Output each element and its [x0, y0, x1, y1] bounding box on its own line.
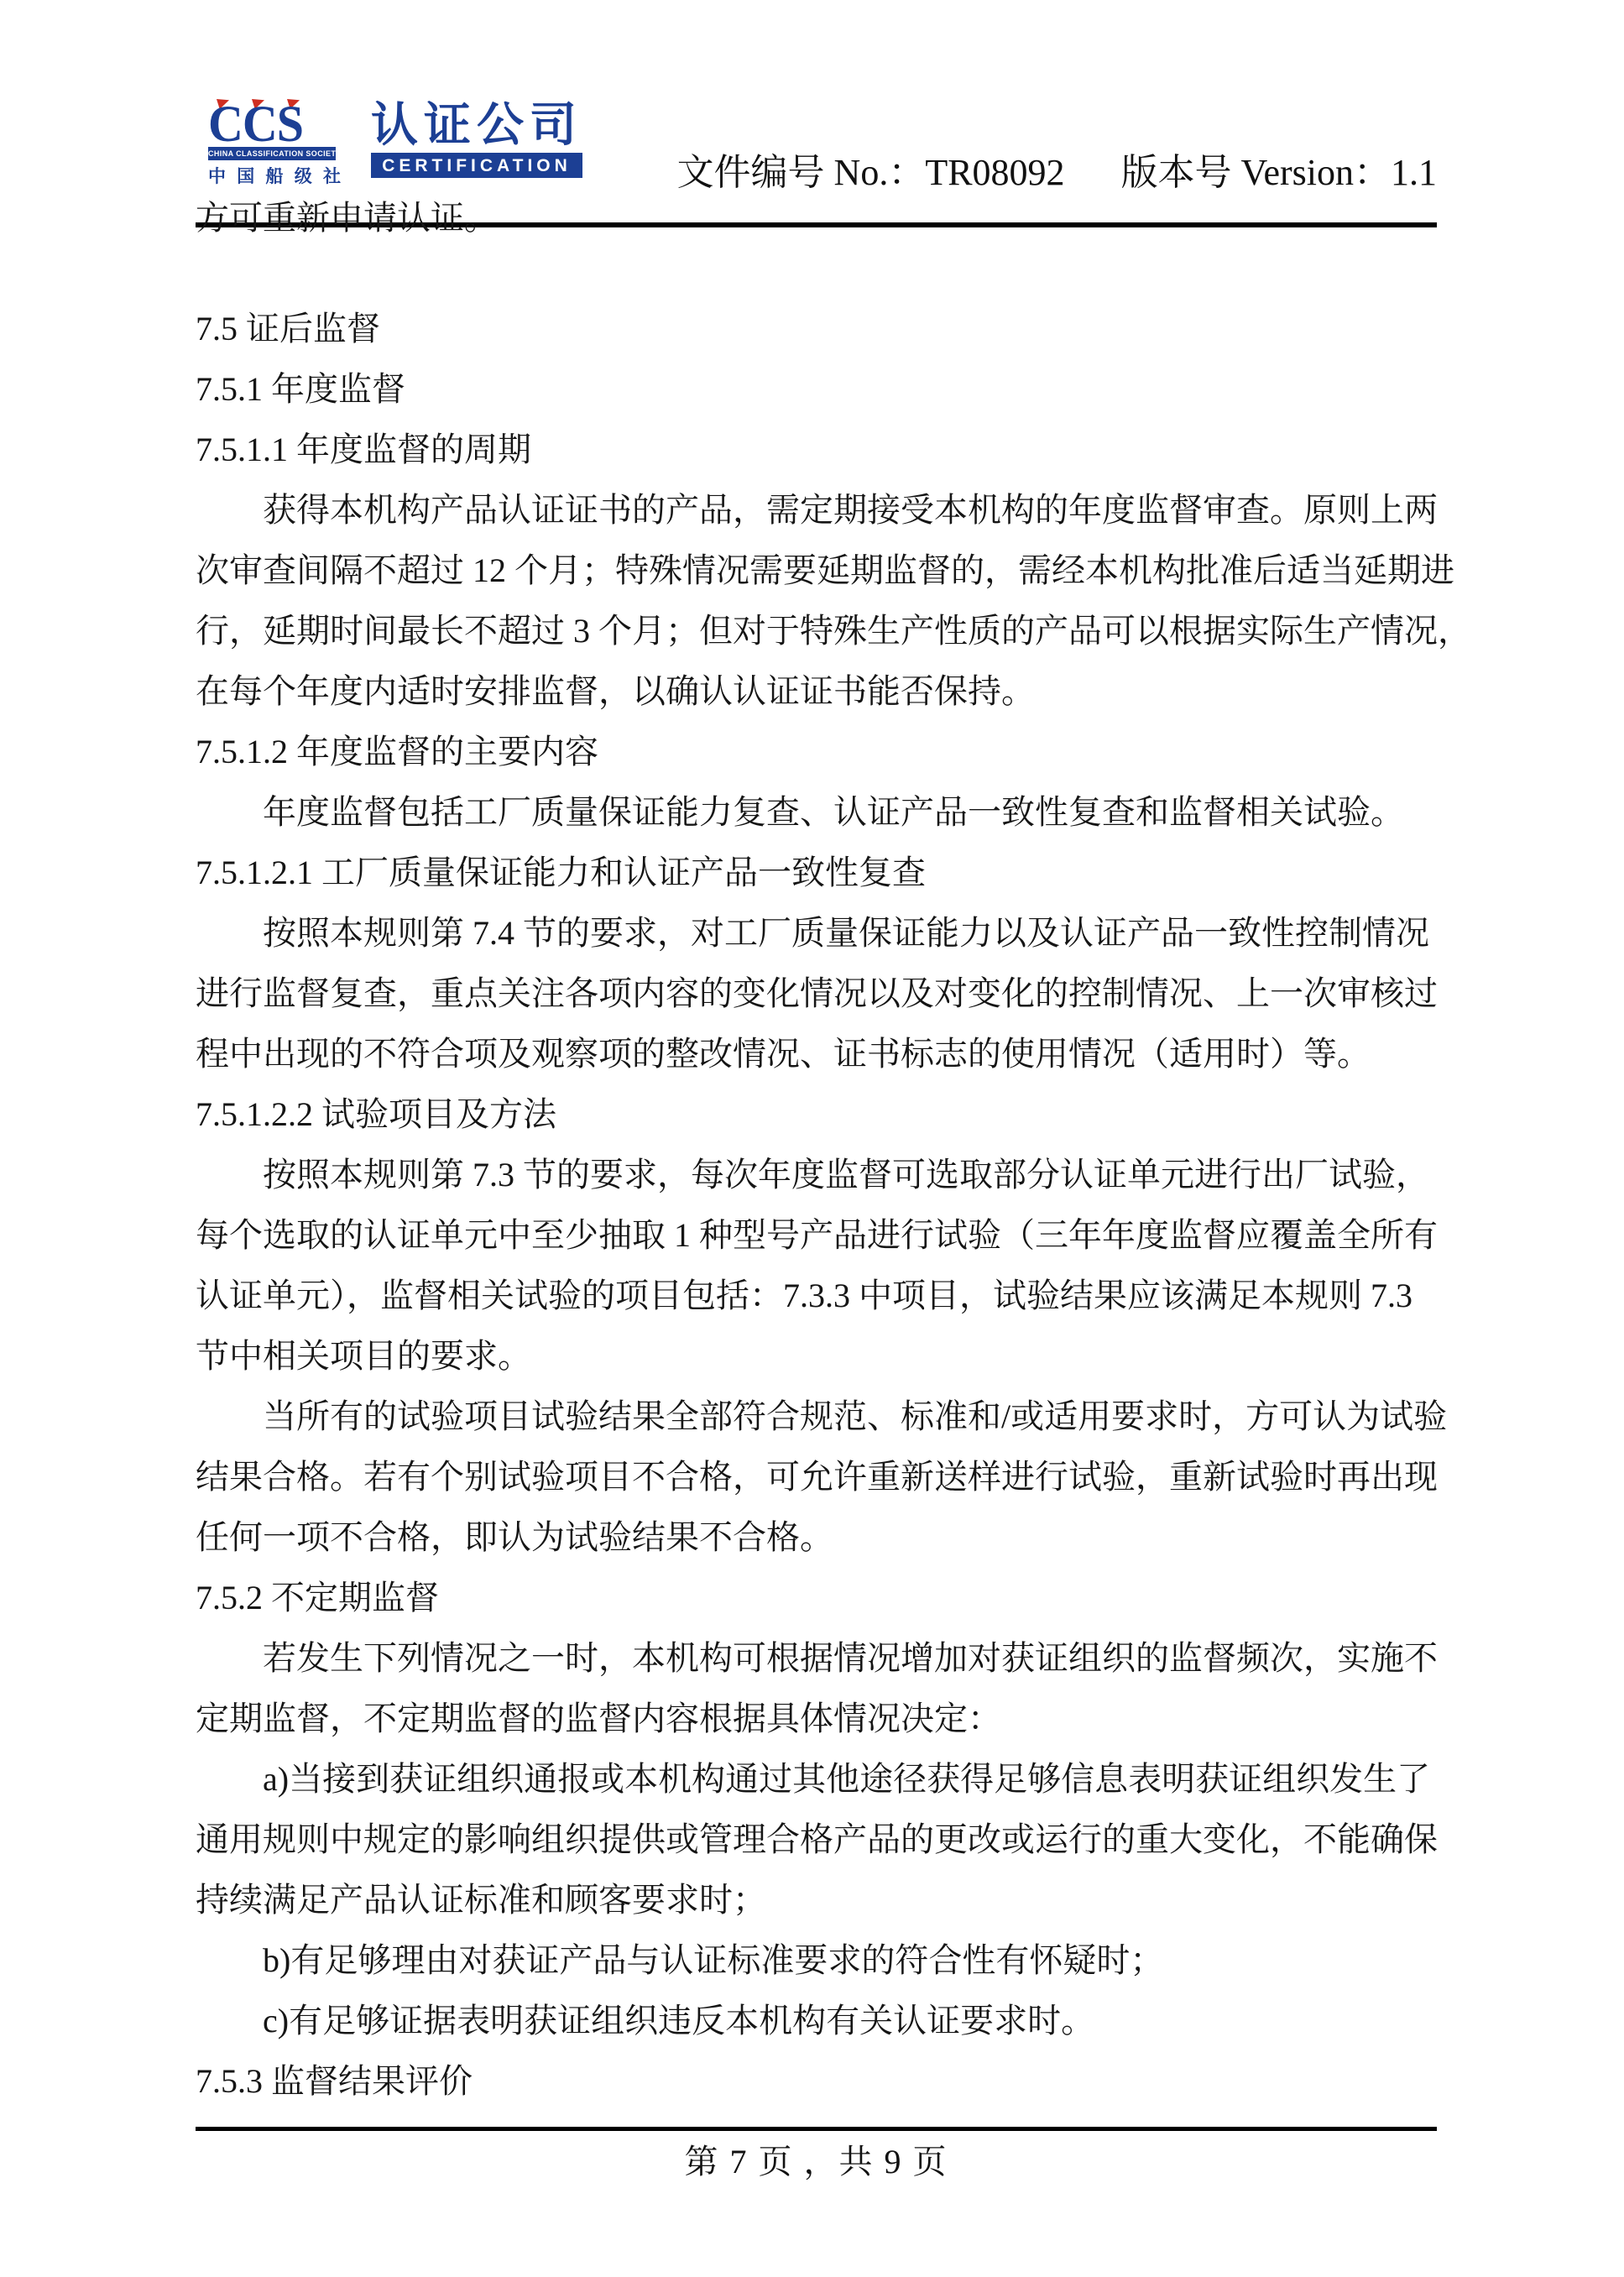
paragraph-line: 节中相关项目的要求。 [196, 1326, 1437, 1387]
version-number: 版本号 Version：1.1 [1121, 152, 1437, 193]
heading-7-5: 7.5 证后监督 [196, 299, 1437, 359]
list-item-b: b)有足够理由对获证产品与认证标准要求的符合性有怀疑时； [196, 1930, 1437, 1991]
ccs-letters: CCS [208, 102, 359, 147]
paragraph-line: 方可重新申请认证。 [196, 188, 1437, 248]
paragraph-line: 程中出现的不符合项及观察项的整改情况、证书标志的使用情况（适用时）等。 [196, 1024, 1437, 1084]
paragraph-line: 在每个年度内适时安排监督，以确认认证证书能否保持。 [196, 661, 1437, 722]
ccs-logo: CCS CHINA CLASSIFICATION SOCIETY 中 国 船 级… [208, 102, 582, 188]
certification-bar: CERTIFICATION [371, 153, 582, 178]
paragraph-line: 认证单元），监督相关试验的项目包括：7.3.3 中项目，试验结果应该满足本规则 … [196, 1266, 1437, 1326]
ccs-logo-left: CCS CHINA CLASSIFICATION SOCIETY 中 国 船 级… [208, 102, 359, 188]
paragraph-line: 每个选取的认证单元中至少抽取 1 种型号产品进行试验（三年年度监督应覆盖全所有 [196, 1205, 1437, 1266]
list-item-a: a)当接到获证组织通报或本机构通过其他途径获得足够信息表明获证组织发生了 [196, 1749, 1437, 1810]
paragraph-line: 进行监督复查，重点关注各项内容的变化情况以及对变化的控制情况、上一次审核过 [196, 964, 1437, 1024]
page-number: 第 7 页 ，共 9 页 [196, 2139, 1437, 2186]
ccs-society-chinese: 中 国 船 级 社 [208, 163, 336, 188]
heading-7-5-1-2-2: 7.5.1.2.2 试验项目及方法 [196, 1084, 1437, 1145]
certification-company-name: 认证公司 [371, 102, 582, 149]
heading-7-5-1-1: 7.5.1.1 年度监督的周期 [196, 420, 1437, 480]
heading-7-5-1-2: 7.5.1.2 年度监督的主要内容 [196, 722, 1437, 782]
paragraph-line: 获得本机构产品认证证书的产品，需定期接受本机构的年度监督审查。原则上两 [196, 480, 1437, 541]
heading-7-5-3: 7.5.3 监督结果评价 [196, 2051, 1437, 2112]
heading-7-5-2: 7.5.2 不定期监督 [196, 1568, 1437, 1628]
paragraph-line: 持续满足产品认证标准和顾客要求时； [196, 1870, 1437, 1930]
document-body: 方可重新申请认证。 7.5 证后监督 7.5.1 年度监督 7.5.1.1 年度… [196, 188, 1437, 2112]
footer-divider [196, 2127, 1437, 2131]
paragraph-line: 次审查间隔不超过 12 个月；特殊情况需要延期监督的，需经本机构批准后适当延期进 [196, 541, 1437, 601]
paragraph-line: 按照本规则第 7.4 节的要求，对工厂质量保证能力以及认证产品一致性控制情况 [196, 903, 1437, 964]
paragraph-line: 当所有的试验项目试验结果全部符合规范、标准和/或适用要求时，方可认为试验 [196, 1387, 1437, 1447]
document-page: CCS CHINA CLASSIFICATION SOCIETY 中 国 船 级… [0, 0, 1624, 2277]
list-item-c: c)有足够证据表明获证组织违反本机构有关认证要求时。 [196, 1991, 1437, 2051]
paragraph-line: 通用规则中规定的影响组织提供或管理合格产品的更改或运行的重大变化，不能确保 [196, 1810, 1437, 1870]
ccs-logo-right: 认证公司 CERTIFICATION [371, 102, 582, 178]
paragraph-line: 定期监督，不定期监督的监督内容根据具体情况决定： [196, 1689, 1437, 1749]
paragraph-line: 行，延期时间最长不超过 3 个月；但对于特殊生产性质的产品可以根据实际生产情况， [196, 601, 1437, 661]
paragraph-line: 若发生下列情况之一时，本机构可根据情况增加对获证组织的监督频次，实施不 [196, 1628, 1437, 1689]
heading-7-5-1-2-1: 7.5.1.2.1 工厂质量保证能力和认证产品一致性复查 [196, 843, 1437, 903]
paragraph-line: 任何一项不合格，即认为试验结果不合格。 [196, 1507, 1437, 1568]
document-number: 文件编号 No.：TR08092 [677, 152, 1065, 193]
paragraph-line: 按照本规则第 7.3 节的要求，每次年度监督可选取部分认证单元进行出厂试验， [196, 1145, 1437, 1205]
heading-7-5-1: 7.5.1 年度监督 [196, 359, 1437, 420]
paragraph-line: 年度监督包括工厂质量保证能力复查、认证产品一致性复查和监督相关试验。 [196, 782, 1437, 843]
paragraph-line: 结果合格。若有个别试验项目不合格，可允许重新送样进行试验，重新试验时再出现 [196, 1447, 1437, 1507]
